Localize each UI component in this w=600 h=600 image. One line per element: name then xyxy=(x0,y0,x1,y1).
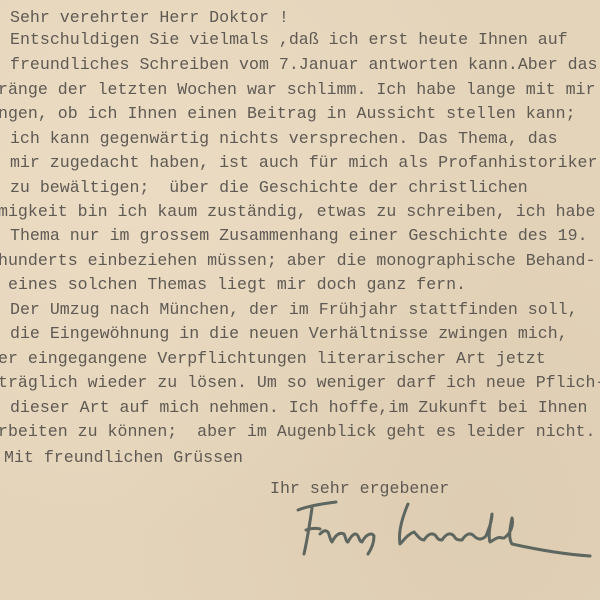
body-line: träglich wieder zu lösen. Um so weniger … xyxy=(0,373,600,393)
body-line: rbeiten zu können; aber im Augenblick ge… xyxy=(0,422,595,442)
body-line: hunderts einbeziehen müssen; aber die mo… xyxy=(0,251,595,271)
body-line: er eingegangene Verpflichtungen literari… xyxy=(0,349,546,369)
salutation: Sehr verehrter Herr Doktor ! xyxy=(10,8,289,28)
body-line: Der Umzug nach München, der im Frühjahr … xyxy=(10,300,578,320)
body-line: dieser Art auf mich nehmen. Ich hoffe,im… xyxy=(0,398,588,418)
body-line: freundliches Schreiben vom 7.Januar antw… xyxy=(10,55,598,75)
closing: Mit freundlichen Grüssen xyxy=(4,448,243,468)
body-line: ränge der letzten Wochen war schlimm. Ic… xyxy=(0,80,595,100)
body-line: mir zugedacht haben, ist auch für mich a… xyxy=(0,153,597,173)
body-line: eines solchen Themas liegt mir doch ganz… xyxy=(0,275,466,295)
body-line: migkeit bin ich kaum zuständig, etwas zu… xyxy=(0,202,595,222)
body-line: ich kann gegenwärtig nichts versprechen.… xyxy=(0,129,558,149)
letter-paper: Sehr verehrter Herr Doktor ! Entschuldig… xyxy=(0,0,600,600)
body-line: zu bewältigen; über die Geschichte der c… xyxy=(0,178,528,198)
body-line: ngen, ob ich Ihnen einen Beitrag in Auss… xyxy=(0,104,576,124)
handwritten-signature xyxy=(290,496,600,566)
body-line: Thema nur im grossem Zusammenhang einer … xyxy=(10,226,588,246)
body-line: die Eingewöhnung in die neuen Verhältnis… xyxy=(10,324,568,344)
body-line: Entschuldigen Sie vielmals ,daß ich erst… xyxy=(10,30,568,50)
